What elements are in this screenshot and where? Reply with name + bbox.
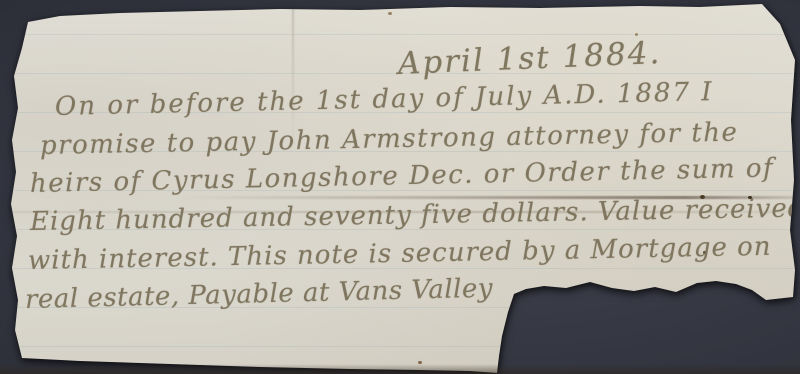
paper-shadow-wrap: April 1st 1884. On or before the 1st day…	[0, 0, 800, 374]
torn-note-paper: April 1st 1884. On or before the 1st day…	[0, 0, 800, 374]
photo-background: April 1st 1884. On or before the 1st day…	[0, 0, 800, 374]
stain-speck	[388, 12, 392, 15]
stain-speck	[418, 361, 422, 364]
